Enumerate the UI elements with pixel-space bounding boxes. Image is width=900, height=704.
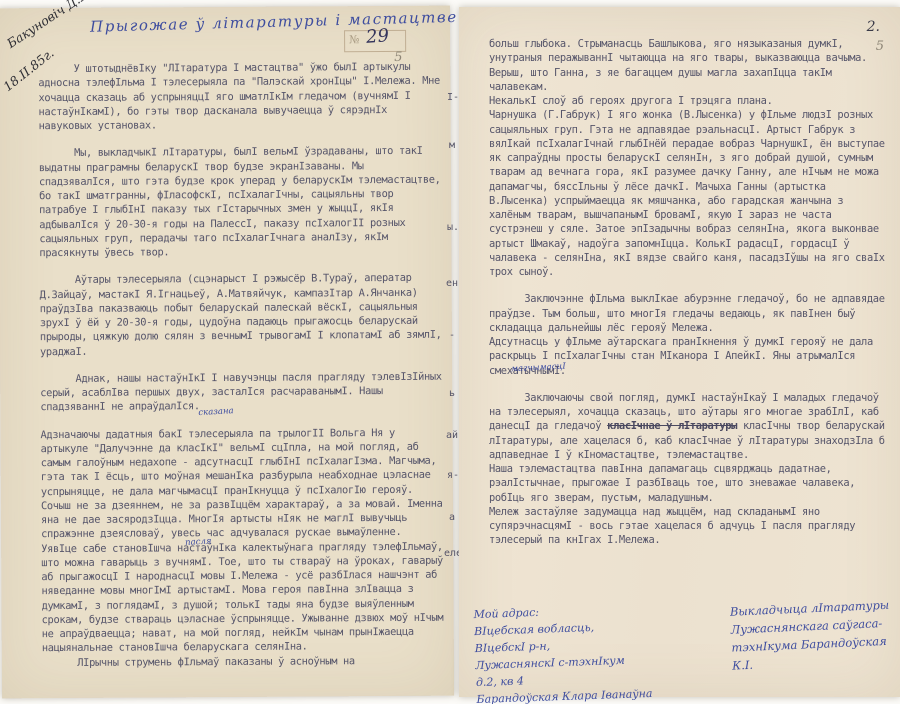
pen-insertion: пасля: [185, 536, 212, 548]
document-scan: Бакуновіч Д.М. 18.ІІ.85г. Прыгожае ў літ…: [0, 0, 900, 704]
paragraph: Адзначаючы дадатныя бакІ тэлесерыяла па …: [40, 425, 443, 541]
paragraph: Заключаючы свой погляд, думкІ настаўнІка…: [489, 391, 889, 462]
page-number: 2.: [867, 19, 880, 35]
handwritten-address-block: Мой адрас: ВІцебская вобласць, ВІцебскІ …: [473, 600, 652, 704]
paragraph: Наша тэлемастацтва павІнна дапамагаць сц…: [489, 462, 889, 505]
scan-edge-fragment: еле: [444, 548, 458, 559]
page2-typed-text: больш глыбока. Стрыманасць Башлыкова, яг…: [489, 37, 889, 548]
stamp-no-label: №: [349, 33, 360, 46]
pen-insertion: сказана: [198, 406, 234, 418]
scan-edge-fragment: ен: [446, 278, 460, 289]
paragraph: Чарнушка (Г.Габрук) І яго жонка (В.Лысен…: [489, 108, 889, 279]
paragraph: Мележ застаўляе задумацца над жыццём, на…: [489, 505, 889, 548]
stamp-number-handwritten: 29: [365, 25, 389, 48]
handwritten-signature-block: Выкладчыца лІтаратуры Лужаснянскага саўг…: [730, 595, 900, 674]
handwritten-title: Прыгожае ў літаратуры і мастацтве.: [90, 8, 465, 36]
paragraph: У штотыднёвІку "ЛІтаратура І мастацтва" …: [38, 60, 440, 134]
paragraph: Аўтары тэлесерыяла (сцэнарыст І рэжысёр …: [40, 271, 443, 359]
typed-strikethrough: класІчнае ў лІтаратуры: [607, 420, 737, 432]
paragraph: ЛІрычны струмень фІльмаў паказаны ў асно…: [42, 653, 444, 670]
page-1: Бакуновіч Д.М. 18.ІІ.85г. Прыгожае ў літ…: [0, 6, 454, 699]
paragraph: НекалькІ слоў аб героях другога І трэцяг…: [489, 94, 889, 108]
paragraph: Заключэнне фІльма выклІкае абурэнне глед…: [489, 292, 889, 335]
paragraph: УявІце сабе становІшча настаўнІка калект…: [41, 539, 444, 655]
scan-edge-fragment: ай: [446, 430, 460, 441]
paragraph: больш глыбока. Стрыманасць Башлыкова, яг…: [489, 37, 889, 94]
page1-typed-text: У штотыднёвІку "ЛІтаратура І мастацтва" …: [38, 60, 444, 670]
corner-signature-note: Бакуновіч Д.М.: [4, 0, 97, 51]
paragraph: Аднак, нашы настаўнІкІ І навучэнцы пасля…: [40, 369, 442, 414]
paragraph: Мы, выкладчыкІ лІтаратуры, былІ вельмІ ў…: [39, 144, 442, 260]
page-2: 2. 5 больш глыбока. Стрыманасць Башлыков…: [459, 7, 900, 697]
